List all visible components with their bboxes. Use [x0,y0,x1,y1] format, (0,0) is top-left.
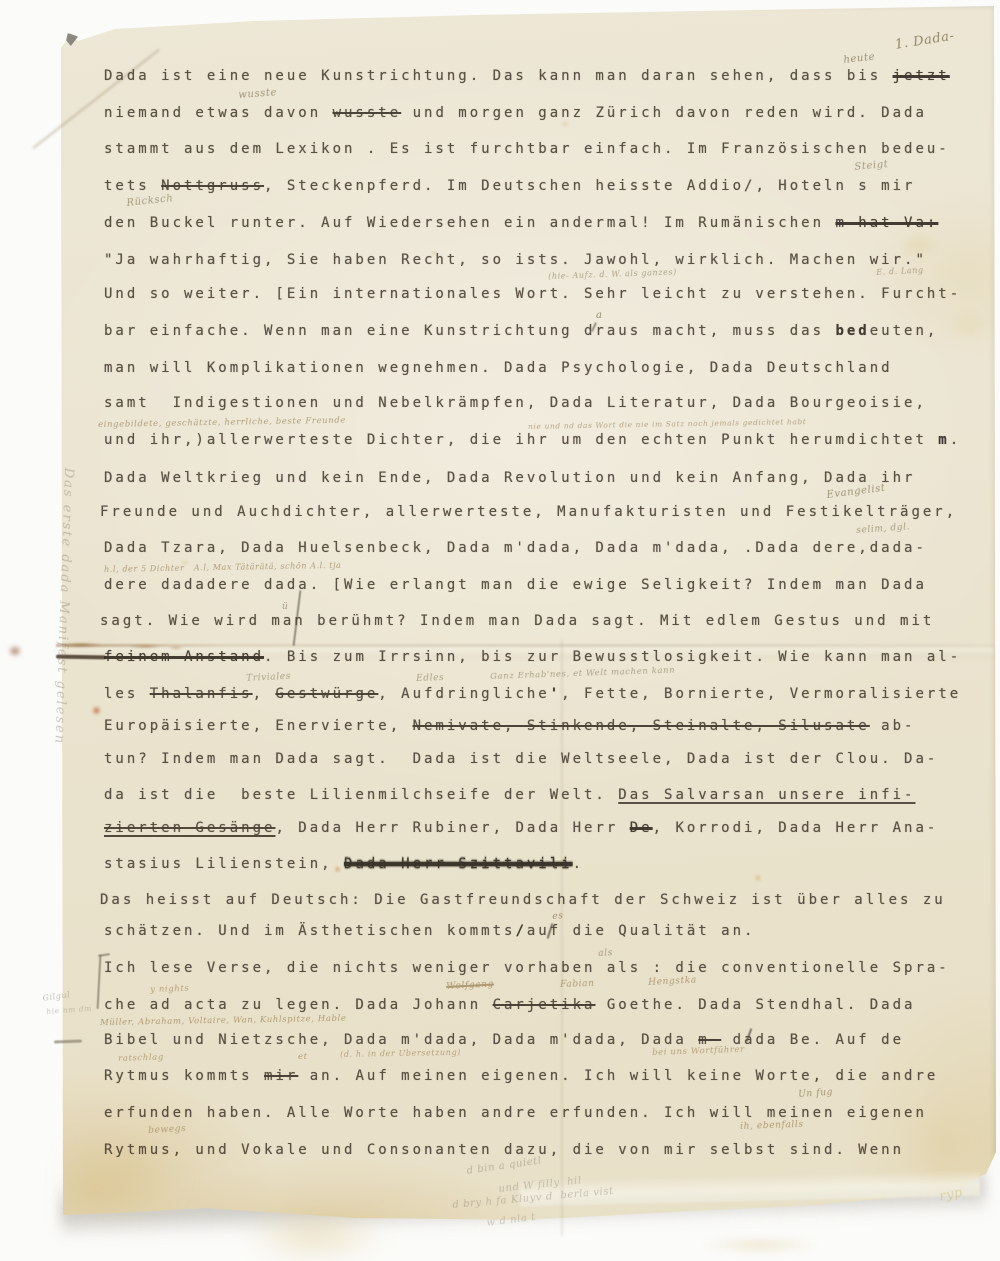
handwritten-annotation: bewegs [148,1124,187,1136]
typed-segment: auf die Qualität an. [527,923,756,939]
typed-segment: , Dada Herr Rubiner, Dada Herr [275,820,629,836]
typed-segment-strike: Nemivate, Stinkende, Steinalte, Silusate [413,718,870,734]
typed-segment: Ich lese Verse, die nichts weniger vorha… [104,960,950,976]
typed-segment: Europäisierte, Enervierte, [104,718,413,734]
typed-line: Rytmus kommts mir an. Auf meinen eigenen… [104,1068,938,1084]
typed-segment: an. Auf meinen eigenen. Ich will keine W… [298,1068,938,1084]
handwritten-annotation: a [596,310,603,321]
typed-segment-sheavy: De [630,820,653,836]
typed-line: schätzen. Und im Ästhetischen kommts/auf… [104,923,755,939]
typed-segment: Dada Tzara, Dada Huelsenbeck, Dada m'dad… [104,540,927,556]
foxing-stain [560,120,570,128]
typed-line: Europäisierte, Enervierte, Nemivate, Sti… [104,718,915,734]
typed-segment-uline: Das Salvarsan unsere infi- [618,787,915,803]
foxing-stain [8,645,22,657]
typed-segment-strike: Gestwürge [275,686,378,702]
typed-segment: Dada ist eine neue Kunstrichtung. Das ka… [104,68,893,84]
typed-line: den Buckel runter. Auf Wiedersehen ein a… [104,215,938,231]
typed-segment: samt Indigestionen und Nebelkrämpfen, Da… [104,395,927,411]
typed-segment-dark: ' [550,686,561,702]
typed-line: feinem Anstand. Bis zum Irrsinn, bis zur… [104,649,961,665]
typed-segment-sheavy: m hat Va: [835,215,938,231]
typed-line: Das heisst auf Deutsch: Die Gastfreundsc… [100,892,946,908]
handwritten-annotation: et [298,1052,308,1062]
foxing-stain [754,874,762,882]
foxing-stain [700,1235,820,1255]
typed-segment: , [253,686,276,702]
typed-line: Ich lese Verse, die nichts weniger vorha… [104,960,950,976]
typed-segment: ab- [870,718,916,734]
handwritten-annotation: als [598,948,613,959]
typed-segment: stammt aus dem Lexikon . Es ist furchtba… [104,141,950,157]
typed-segment: Bibel und Nietzsche, Dada m'dada, Dada m… [104,1032,698,1048]
horizontal-fold-crease [56,644,994,647]
typed-line: che ad acta zu legen. Dada Johann Carjet… [104,997,915,1013]
typed-line: Dada ist eine neue Kunstrichtung. Das ka… [104,68,950,84]
typed-line: Dada Weltkrieg und kein Ende, Dada Revol… [104,470,915,486]
typed-segment: Und so weiter. [Ein internationales Wort… [104,286,961,302]
typed-line: zierten Gesänge, Dada Herr Rubiner, Dada… [104,820,938,836]
typed-segment: den Buckel runter. Auf Wiedersehen ein a… [104,215,835,231]
typed-segment: bar einfache. Wenn man eine Kunstrichtun… [104,323,835,339]
typed-segment: sagt. Wie wird man berühmt? Indem man Da… [100,613,934,629]
typed-segment: , Fette, Bornierte, Vermoralisierte [561,686,961,702]
handwritten-annotation: Fabian [560,979,595,990]
typed-segment: Goethe. Dada Stendhal. Dada [595,997,915,1013]
typed-segment-dark: / [515,923,526,939]
typed-segment-strike: mir [264,1068,298,1084]
typed-line: tets Nottgruss, Steckenpferd. Im Deutsch… [104,178,915,194]
typed-line: sagt. Wie wird man berühmt? Indem man Da… [100,613,934,629]
typed-segment: Dada Weltkrieg und kein Ende, Dada Revol… [104,470,915,486]
typed-segment: "Ja wahrhaftig, Sie haben Recht, so ists… [104,252,927,268]
typed-segment-ustrike: zierten Gesänge [104,820,275,836]
typed-segment-xheavy: Dada Herr Szittavili [344,856,573,872]
typed-segment-dark: bed [835,323,869,339]
typed-segment-strike: Carjetika [493,997,596,1013]
typed-segment-sheavy: jetzt [893,68,950,84]
typed-segment-sheavy: feinem Anstand [104,649,264,665]
typed-segment: , Steckenpferd. Im Deutschen heisste Add… [264,178,915,194]
typed-segment: Freunde und Auchdichter, allerwerteste, … [100,504,957,520]
typed-segment: les [104,686,150,702]
typed-segment-strike: Thalanfis [150,686,253,702]
typed-segment: schätzen. Und im Ästhetischen kommts [104,923,515,939]
typed-segment: euten, [870,323,939,339]
typed-segment: dere dadadere dada. [Wie erlangt man die… [104,577,927,593]
typed-segment: . [573,856,584,872]
typed-line: les Thalanfis, Gestwürge, Aufdringliche'… [104,686,961,702]
typed-line: man will Komplikationen wegnehmen. Dada … [104,360,893,376]
typed-segment: . Bis zum Irrsinn, bis zur Bewusstlosigk… [264,649,961,665]
typed-segment: man will Komplikationen wegnehmen. Dada … [104,360,893,376]
typed-line: Rytmus, und Vokale und Consonanten dazu,… [104,1142,904,1158]
typed-line: Freunde und Auchdichter, allerwerteste, … [100,504,957,520]
typed-line: stammt aus dem Lexikon . Es ist furchtba… [104,141,950,157]
typed-segment: Rytmus kommts [104,1068,264,1084]
typed-segment: und morgen ganz Zürich davon reden wird.… [401,105,927,121]
handwritten-annotation: Edles [416,673,444,684]
foxing-stain [946,310,990,340]
typed-segment: , Aufdringliche [378,686,549,702]
typed-line: "Ja wahrhaftig, Sie haben Recht, so ists… [104,252,927,268]
typed-segment: niemand etwas davon [104,105,333,121]
typed-segment: . [950,432,961,448]
typed-segment: und ihr,)allerwerteste Dichter, die ihr … [104,432,938,448]
typed-segment: Das heisst auf Deutsch: Die Gastfreundsc… [100,892,946,908]
typed-line: da ist die beste Lilienmilchseife der We… [104,787,915,803]
typed-segment: tets [104,178,161,194]
photo-background: Dada ist eine neue Kunstrichtung. Das ka… [0,0,1000,1261]
typed-segment: , Korrodi, Dada Herr Ana- [653,820,939,836]
typed-segment: erfunden haben. Alle Worte haben andre e… [104,1105,927,1121]
foxing-stain [240,1205,390,1261]
handwritten-annotation: es [552,911,564,922]
typed-segment: che ad acta zu legen. Dada Johann [104,997,493,1013]
typed-segment-strike: Nottgruss [161,178,264,194]
foxing-stain [92,706,101,715]
typed-line: bar einfache. Wenn man eine Kunstrichtun… [104,323,938,339]
typed-line: niemand etwas davon wusste und morgen ga… [104,105,927,121]
typed-line: stasius Lilienstein, Dada Herr Szittavil… [104,856,584,872]
typed-line: und ihr,)allerwerteste Dichter, die ihr … [104,432,961,448]
typed-line: dere dadadere dada. [Wie erlangt man die… [104,577,927,593]
typed-segment-strike: wusste [333,105,402,121]
handwritten-annotation: ü [282,602,288,612]
handwritten-annotation: y nights [150,984,190,995]
typed-line: erfunden haben. Alle Worte haben andre e… [104,1105,927,1121]
typed-segment: Rytmus, und Vokale und Consonanten dazu,… [104,1142,904,1158]
typed-line: Und so weiter. [Ein internationales Wort… [104,286,961,302]
handwritten-annotation: ratschlag [118,1052,164,1064]
typed-segment: stasius Lilienstein, [104,856,344,872]
typed-segment-dark: m [938,432,949,448]
typed-segment: tun? Indem man Dada sagt. Dada ist die W… [104,751,938,767]
typed-line: tun? Indem man Dada sagt. Dada ist die W… [104,751,938,767]
typed-line: Bibel und Nietzsche, Dada m'dada, Dada m… [104,1032,904,1048]
typed-segment: da ist die beste Lilienmilchseife der We… [104,787,618,803]
typed-line: Dada Tzara, Dada Huelsenbeck, Dada m'dad… [104,540,927,556]
typed-line: samt Indigestionen und Nebelkrämpfen, Da… [104,395,927,411]
